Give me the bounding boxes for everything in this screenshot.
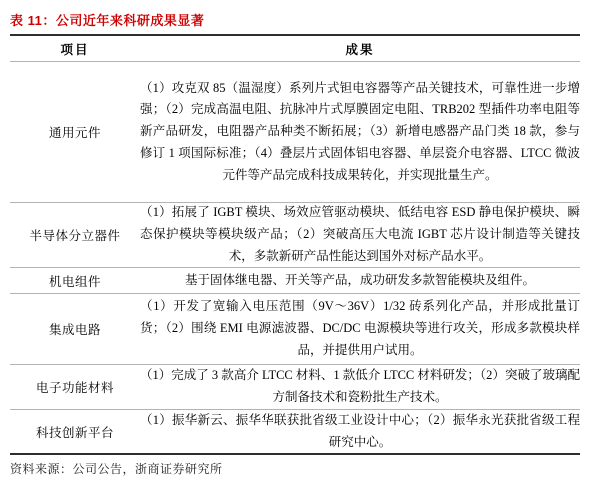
row-item-label: 电子功能材料 [10, 378, 140, 396]
row-result-text: （1）振华新云、振华华联获批省级工业设计中心；（2）振华永光获批省级工程研究中心… [140, 410, 580, 454]
row-item-label: 半导体分立器件 [10, 226, 140, 244]
report-table-page: 表 11：公司近年来科研成果显著 项目 成果 通用元件 （1）攻克双 85（温湿… [0, 0, 590, 481]
table-title: 表 11：公司近年来科研成果显著 [10, 12, 580, 30]
table-row: 机电组件 基于固体继电器、开关等产品，成功研发多款智能模块及组件。 [10, 268, 580, 294]
table-bottom-line [10, 453, 580, 455]
row-result-text: （1）拓展了 IGBT 模块、场效应管驱动模块、低结电容 ESD 静电保护模块、… [140, 202, 580, 267]
table-row: 电子功能材料 （1）完成了 3 款高介 LTCC 材料、1 款低介 LTCC 材… [10, 365, 580, 410]
achievements-table: 项目 成果 通用元件 （1）攻克双 85（温湿度）系列片式钽电容器等产品关键技术… [10, 36, 580, 453]
row-item-label: 科技创新平台 [10, 423, 140, 441]
table-row: 科技创新平台 （1）振华新云、振华华联获批省级工业设计中心；（2）振华永光获批省… [10, 410, 580, 453]
row-result-text: （1）开发了宽输入电压范围（9V～36V）1/32 砖系列化产品，并形成批量订货… [140, 296, 580, 361]
row-item-label: 机电组件 [10, 272, 140, 290]
row-result-text: （1）攻克双 85（温湿度）系列片式钽电容器等产品关键技术，可靠性进一步增强；（… [140, 78, 580, 187]
table-row: 通用元件 （1）攻克双 85（温湿度）系列片式钽电容器等产品关键技术，可靠性进一… [10, 62, 580, 203]
row-item-label: 集成电路 [10, 320, 140, 338]
table-row: 半导体分立器件 （1）拓展了 IGBT 模块、场效应管驱动模块、低结电容 ESD… [10, 203, 580, 268]
row-result-text: 基于固体继电器、开关等产品，成功研发多款智能模块及组件。 [140, 270, 580, 292]
row-result-text: （1）完成了 3 款高介 LTCC 材料、1 款低介 LTCC 材料研发；（2）… [140, 365, 580, 409]
source-note: 资料来源：公司公告，浙商证券研究所 [10, 461, 580, 477]
row-item-label: 通用元件 [10, 123, 140, 141]
table-header-row: 项目 成果 [10, 36, 580, 62]
table-row: 集成电路 （1）开发了宽输入电压范围（9V～36V）1/32 砖系列化产品，并形… [10, 294, 580, 365]
header-item-column: 项目 [10, 40, 140, 58]
header-result-column: 成果 [140, 40, 580, 58]
